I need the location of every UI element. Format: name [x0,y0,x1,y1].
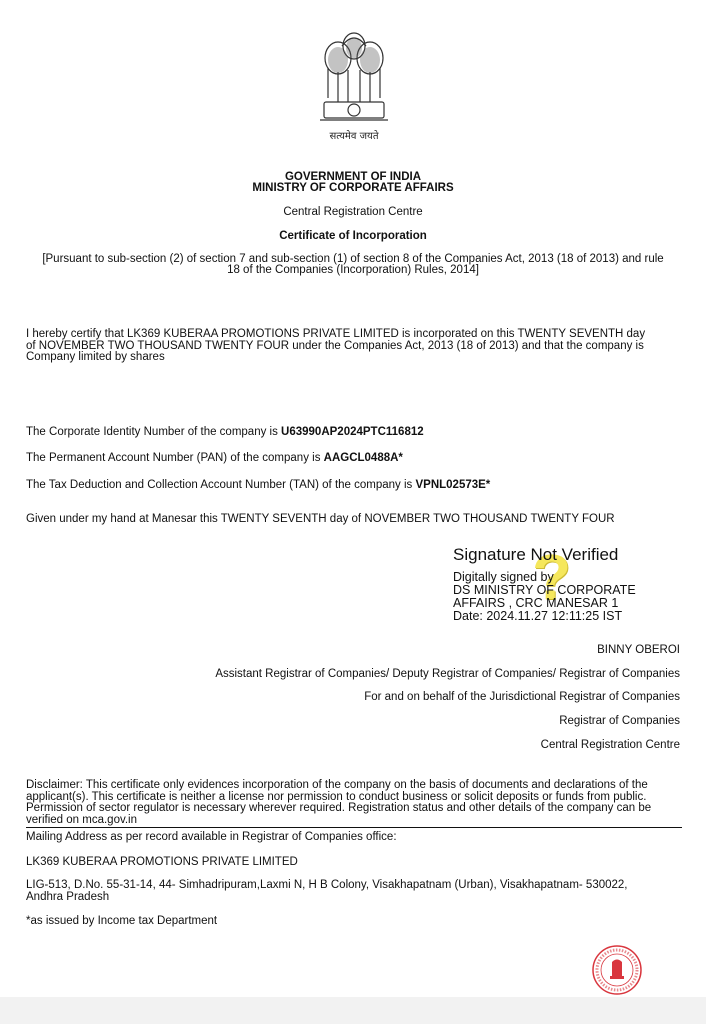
tan-label: The Tax Deduction and Collection Account… [26,479,415,491]
signatory-name: BINNY OBEROI [597,644,680,656]
divider [26,827,682,828]
given-line: Given under my hand at Manesar this TWEN… [26,513,615,525]
pursuant-line-2: 18 of the Companies (Incorporation) Rule… [0,264,706,276]
footnote: *as issued by Income tax Department [26,915,217,927]
centre-heading: Central Registration Centre [0,206,706,218]
mailing-address: LIG-513, D.No. 55-31-14, 44- Simhadripur… [26,880,680,903]
signature-status: Signature Not Verified [453,545,618,565]
tan-line: The Tax Deduction and Collection Account… [26,479,490,491]
certify-line-1: I hereby certify that LK369 KUBERAA PROM… [26,329,680,341]
certificate-title: Certificate of Incorporation [0,230,706,242]
cin-line: The Corporate Identity Number of the com… [26,426,424,438]
signatory-office: Registrar of Companies [559,715,680,727]
signature-details: Digitally signed by DS MINISTRY OF CORPO… [453,571,636,623]
address-line-2: Andhra Pradesh [26,892,680,904]
cin-label: The Corporate Identity Number of the com… [26,426,281,438]
footer-bar [0,997,706,1024]
disclaimer-line-3: Permission of sector regulator is necess… [26,803,680,815]
mailing-heading: Mailing Address as per record available … [26,831,397,843]
signatory-centre: Central Registration Centre [541,739,680,751]
signatory-designation: Assistant Registrar of Companies/ Deputy… [215,668,680,680]
pan-label: The Permanent Account Number (PAN) of th… [26,452,324,464]
signature-line-4: Date: 2024.11.27 12:11:25 IST [453,610,636,623]
ministry-heading: MINISTRY OF CORPORATE AFFAIRS [0,182,706,194]
disclaimer-line-4: verified on mca.gov.in [26,815,680,827]
certify-line-3: Company limited by shares [26,352,680,364]
national-emblem-icon [316,24,392,142]
signatory-on-behalf: For and on behalf of the Jurisdictional … [364,691,680,703]
mailing-company: LK369 KUBERAA PROMOTIONS PRIVATE LIMITED [26,856,298,868]
disclaimer: Disclaimer: This certificate only eviden… [26,780,680,826]
certify-paragraph: I hereby certify that LK369 KUBERAA PROM… [26,329,680,364]
pan-value: AAGCL0488A* [324,452,403,464]
cin-value: U63990AP2024PTC116812 [281,426,424,438]
tan-value: VPNL02573E* [415,479,490,491]
ministry-seal-icon [591,944,643,996]
pan-line: The Permanent Account Number (PAN) of th… [26,452,403,464]
address-line-1: LIG-513, D.No. 55-31-14, 44- Simhadripur… [26,880,680,892]
disclaimer-line-1: Disclaimer: This certificate only eviden… [26,780,680,792]
emblem-motto: सत्यमेव जयते [316,128,392,142]
